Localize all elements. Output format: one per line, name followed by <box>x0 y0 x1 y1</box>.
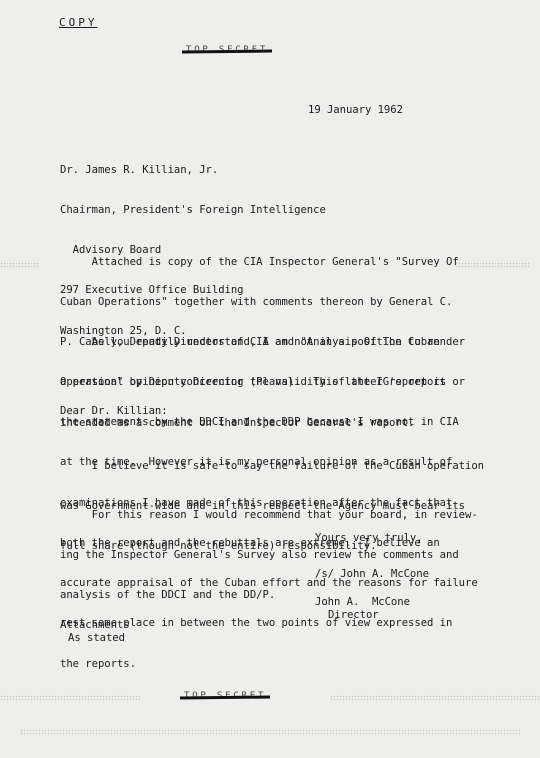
letter-date: 19 January 1962 <box>308 104 403 117</box>
paragraph-line: ing the Inspector General's Survey also … <box>60 549 478 562</box>
attachments-note: As stated <box>68 632 125 645</box>
paragraph-line: For this reason I would recommend that y… <box>60 509 478 522</box>
scan-noise <box>0 695 140 701</box>
signature: /s/ John A. McCone <box>315 568 429 581</box>
paragraph-4: For this reason I would recommend that y… <box>60 482 478 629</box>
paragraph-line: a personal opinion concerning the validi… <box>60 376 478 389</box>
letter-page: COPY TOP SECRET 19 January 1962 Dr. Jame… <box>0 0 540 758</box>
paragraph-line: I believe it is safe to say the failure … <box>60 460 484 473</box>
scan-noise <box>20 729 520 735</box>
classification-bottom-struck: TOP SECRET <box>184 691 266 701</box>
copy-mark-text: COPY <box>59 16 98 29</box>
signer-title: Director <box>328 609 379 622</box>
classification-top-struck: TOP SECRET <box>186 45 268 55</box>
paragraph-line: Attached is copy of the CIA Inspector Ge… <box>60 256 459 269</box>
scan-noise <box>0 262 40 268</box>
scan-noise <box>330 695 540 701</box>
attachments-label: Attachments <box>60 619 130 632</box>
copy-mark: COPY <box>59 16 98 29</box>
scan-noise <box>455 262 530 268</box>
paragraph-line: the statements by the DDCI and the DDP b… <box>60 416 478 429</box>
recipient-line: Chairman, President's Foreign Intelligen… <box>60 204 326 217</box>
paragraph-line: Cuban Operations" together with comments… <box>60 296 459 309</box>
signer-name: John A. McCone <box>315 596 410 609</box>
recipient-line: Dr. James R. Killian, Jr. <box>60 164 326 177</box>
paragraph-line: the reports. <box>60 658 478 671</box>
paragraph-line: analysis of the DDCI and the DD/P. <box>60 589 478 602</box>
closing: Yours very truly, <box>315 532 423 545</box>
paragraph-line: As you readily understand, I am not in a… <box>60 336 478 349</box>
